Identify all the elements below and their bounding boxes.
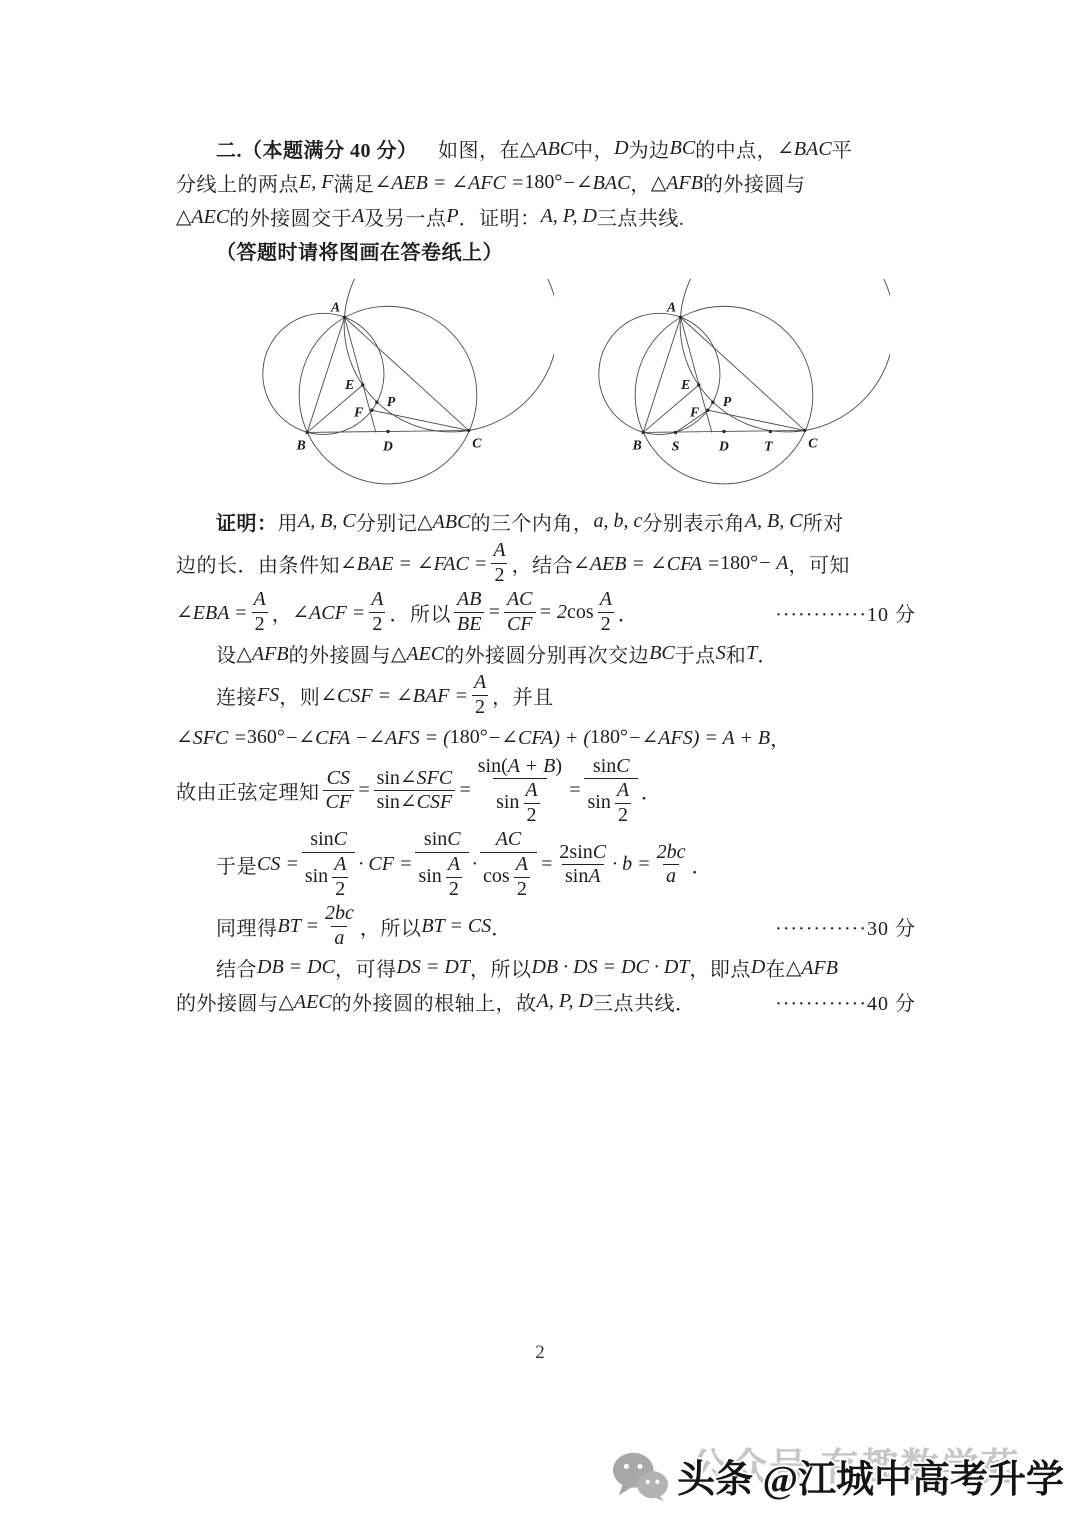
point-label-E: E: [680, 377, 690, 392]
score-marker: ············40 分: [775, 987, 916, 1016]
text-run: ．所以: [390, 598, 452, 627]
math-italic-run: 2bc: [657, 841, 686, 865]
fraction-numerator: 2bc: [654, 841, 689, 865]
fraction-denominator: 2: [524, 803, 540, 828]
line-content: 设 △AFB 的外接圆与 △AEC 的外接圆分别再次交边 BC 于点 S 和 T…: [176, 639, 778, 668]
math-italic-run: a: [334, 927, 344, 951]
text-run: 及另一点: [364, 202, 446, 231]
math-roman-run: sin: [496, 791, 519, 815]
fraction-denominator: sinA2: [415, 852, 469, 901]
text-run: ，则: [279, 681, 320, 710]
math-roman-run: 2: [527, 804, 537, 828]
math-italic-run: BE: [457, 613, 481, 637]
circumcircle: [599, 313, 720, 434]
math-italic-run: △AFB: [786, 955, 838, 980]
math-roman-run: 2: [449, 878, 459, 902]
fraction: ACCF: [504, 588, 536, 636]
page-content: 二.（本题满分 40 分） 如图，在 △ABC 中，D 为边 BC 的中点，∠B…: [176, 131, 916, 1019]
math-italic-run: S: [716, 642, 726, 665]
math-italic-run: CS: [327, 767, 350, 791]
math-italic-run: ∠SFC =: [176, 725, 247, 750]
math-roman-run: 2: [618, 804, 628, 828]
line-content: 故由正弦定理知 CSCF = sin∠SFCsin∠CSF = sin(A + …: [176, 755, 662, 828]
segment: [307, 317, 344, 432]
score-marker: ············30 分: [775, 912, 916, 941]
figures-row: ABCDEFP ABCDEFPST: [226, 279, 916, 491]
point-dot: [375, 400, 378, 403]
text-run: ，结合: [512, 549, 574, 578]
fraction: 2bca: [654, 841, 689, 889]
math-italic-run: = 2: [539, 601, 568, 624]
math-roman-run: 180°: [590, 726, 628, 749]
text-run: ，所以: [470, 953, 532, 982]
math-italic-run: a: [666, 865, 676, 889]
text-run: 的外接圆分别再次交边: [444, 639, 649, 668]
point-label-B: B: [632, 438, 642, 453]
line-content: 于是 CS = sin CsinA2 · CF = sin CsinA2 · A…: [176, 828, 712, 901]
math-italic-run: T: [746, 642, 757, 665]
text-run: 边的长．由条件知: [176, 549, 340, 578]
math-italic-run: A, B, C: [745, 510, 803, 533]
math-italic-run: BT = CS: [421, 915, 491, 938]
wechat-icon: [611, 1450, 669, 1502]
problem-statement: 二.（本题满分 40 分） 如图，在 △ABC 中，D 为边 BC 的中点，∠B…: [176, 132, 916, 267]
fraction-denominator: 2: [446, 877, 462, 902]
fraction-denominator: a: [663, 864, 679, 889]
text-run: 如图，在: [418, 134, 521, 163]
fraction-numerator: A: [251, 588, 269, 612]
fraction-denominator: sin∠CSF: [374, 790, 456, 815]
text-run: ，即点: [689, 953, 751, 982]
point-label-F: F: [353, 404, 363, 419]
math-italic-run: C: [593, 841, 606, 865]
proof-line: 连接 FS，则 ∠CSF = ∠BAF = A2，并且: [176, 671, 916, 719]
math-roman-run: 2: [517, 878, 527, 902]
text-run: 的外接圆的根轴上，故: [332, 987, 537, 1016]
watermark: 公众号 有趣数学苑 头条 @江城中高考升学: [611, 1448, 1064, 1503]
text-run: 于是: [216, 850, 257, 879]
math-italic-run: A: [493, 539, 505, 563]
point-label-F: F: [689, 404, 699, 419]
fraction-numerator: A: [471, 671, 489, 695]
text-run: ，: [630, 168, 651, 197]
math-italic-run: △AFB: [237, 641, 289, 666]
fraction-numerator: A: [445, 853, 463, 877]
fraction-denominator: 2: [514, 877, 530, 902]
fraction-numerator: A: [513, 853, 531, 877]
text-run: 中，: [573, 134, 614, 163]
point-dot: [803, 429, 806, 432]
score-marker: ············10 分: [775, 598, 916, 627]
point-label-C: C: [472, 436, 482, 451]
fraction-denominator: sinA2: [584, 778, 638, 827]
geometry-diagram-right: ABCDEFPST: [562, 279, 890, 491]
proof-text: 证明：用 A, B, C 分别记 △ABC 的三个内角，a, b, c 分别表示…: [176, 505, 916, 1018]
fraction-denominator: BE: [454, 612, 484, 637]
text-run: 同理得: [216, 912, 278, 941]
math-italic-run: ∠EBA =: [176, 600, 248, 625]
math-italic-run: ∠ACF =: [292, 600, 365, 625]
text-run: 分别表示角: [642, 507, 745, 536]
math-italic-run: D: [614, 137, 628, 160]
line-content: 的外接圆与 △AEC 的外接圆的根轴上，故 A, P, D 三点共线．: [176, 987, 695, 1016]
math-italic-run: AC: [496, 828, 522, 852]
fraction-denominator: sinA2: [493, 778, 547, 827]
text-run: 的外接圆与: [703, 168, 806, 197]
proof-line: ∠EBA = A2，∠ACF = A2．所以 ABBE = ACCF = 2co…: [176, 588, 916, 636]
math-italic-run: ∠BAC: [777, 136, 832, 161]
text-run: ，: [272, 598, 293, 627]
fraction-denominator: 2: [252, 612, 268, 637]
point-dot: [361, 383, 364, 386]
math-roman-run: sin: [310, 828, 333, 852]
fraction-numerator: A: [597, 588, 615, 612]
text-run: 连接: [216, 681, 257, 710]
fraction: A2: [471, 671, 489, 719]
point-dot: [697, 383, 700, 386]
point-dot: [706, 409, 709, 412]
math-roman-run: cos: [567, 601, 594, 624]
proof-line: 的外接圆与 △AEC 的外接圆的根轴上，故 A, P, D 三点共线．·····…: [176, 985, 916, 1018]
point-dot: [386, 430, 389, 433]
bold-text-run: 二.（本题满分 40 分）: [216, 134, 418, 163]
math-italic-run: · CF =: [358, 853, 412, 876]
math-italic-run: △ABC: [417, 509, 470, 534]
proof-line: 于是 CS = sin CsinA2 · CF = sin CsinA2 · A…: [176, 828, 916, 901]
line-content: （答题时请将图画在答卷纸上）: [176, 236, 503, 265]
point-dot: [679, 316, 682, 319]
math-roman-run: sin: [305, 865, 328, 889]
fraction: ACcosA2: [480, 828, 537, 901]
math-roman-run: 2: [372, 613, 382, 637]
fraction: sin CsinA2: [415, 828, 469, 901]
text-run: ．: [692, 850, 713, 879]
fraction: sin∠SFCsin∠CSF: [374, 767, 456, 815]
math-italic-run: −∠BAC: [562, 170, 630, 195]
point-label-B: B: [296, 438, 306, 453]
math-italic-run: CF: [507, 613, 533, 637]
proof-line: 证明：用 A, B, C 分别记 △ABC 的三个内角，a, b, c 分别表示…: [176, 505, 916, 538]
text-run: 三点共线．: [593, 987, 696, 1016]
math-italic-run: A: [254, 588, 266, 612]
bold-text-run: （答题时请将图画在答卷纸上）: [216, 236, 503, 265]
math-italic-run: A: [600, 588, 612, 612]
text-run: ．: [757, 639, 778, 668]
math-roman-run: sin: [565, 865, 588, 889]
point-label-S: S: [672, 439, 680, 454]
point-dot: [711, 400, 714, 403]
fraction-denominator: cosA2: [480, 852, 537, 901]
math-roman-run: 180°: [720, 552, 758, 575]
math-italic-run: A, P, D: [541, 205, 597, 228]
math-roman-run: 2: [255, 613, 265, 637]
math-italic-run: C: [334, 828, 347, 852]
math-roman-run: 180°: [450, 726, 488, 749]
problem-line: 分线上的两点 E, F 满足 ∠AEB = ∠AFC = 180°−∠BAC， …: [176, 166, 916, 199]
math-italic-run: DS = DT: [396, 956, 470, 979]
text-run: 的三个内角，: [470, 507, 593, 536]
math-italic-run: A: [448, 853, 460, 877]
fraction-denominator: CF: [504, 612, 536, 637]
math-roman-run: 2: [494, 564, 504, 588]
fraction-numerator: sin∠SFC: [374, 767, 456, 791]
point-label-E: E: [344, 377, 354, 392]
math-italic-run: −∠AFS) = A + B: [628, 725, 770, 750]
point-label-A: A: [666, 299, 676, 314]
math-italic-run: =: [568, 779, 582, 802]
segment: [643, 317, 680, 432]
math-roman-run: cos: [483, 865, 510, 889]
fraction-numerator: AB: [454, 588, 484, 612]
math-roman-run: ): [555, 755, 562, 779]
text-run: 结合: [216, 953, 257, 982]
text-run: ，: [770, 723, 791, 752]
text-run: ．证明：: [459, 202, 541, 231]
math-roman-run: 2: [475, 696, 485, 720]
math-roman-run: sin: [593, 755, 616, 779]
math-italic-run: CS =: [257, 853, 299, 876]
line-content: 证明：用 A, B, C 分别记 △ABC 的三个内角，a, b, c 分别表示…: [176, 507, 844, 536]
line-content: 边的长．由条件知 ∠BAE = ∠FAC = A2，结合 ∠AEB = ∠CFA…: [176, 539, 850, 587]
math-italic-run: △ABC: [520, 136, 573, 161]
fraction-numerator: A: [614, 779, 632, 803]
math-italic-run: △AFB: [651, 170, 703, 195]
text-run: ，可得: [335, 953, 397, 982]
page-number: 2: [0, 1342, 1080, 1364]
math-italic-run: =: [540, 853, 554, 876]
fraction: A2: [251, 588, 269, 636]
line-content: 二.（本题满分 40 分） 如图，在 △ABC 中，D 为边 BC 的中点，∠B…: [176, 134, 852, 163]
math-italic-run: A: [352, 205, 364, 228]
fraction: A2: [597, 588, 615, 636]
math-italic-run: −∠CFA) + (: [488, 725, 590, 750]
bold-text-run: 证明：: [216, 507, 278, 536]
text-run: 满足: [333, 168, 374, 197]
circumcircle: [344, 279, 554, 432]
fraction-numerator: 2bc: [322, 902, 357, 926]
fraction-denominator: a: [331, 926, 347, 951]
math-italic-run: ∠CSF: [400, 791, 452, 815]
fraction: A2: [331, 853, 349, 901]
math-italic-run: −∠CFA −∠AFS = (: [285, 725, 450, 750]
fraction-numerator: sin C: [307, 828, 350, 852]
point-label-T: T: [764, 439, 773, 454]
proof-line: 边的长．由条件知 ∠BAE = ∠FAC = A2，结合 ∠AEB = ∠CFA…: [176, 539, 916, 587]
math-italic-run: C: [447, 828, 460, 852]
problem-line: 二.（本题满分 40 分） 如图，在 △ABC 中，D 为边 BC 的中点，∠B…: [176, 132, 916, 165]
math-italic-run: ∠AEB = ∠AFC =: [374, 170, 524, 195]
proof-line: 设 △AFB 的外接圆与 △AEC 的外接圆分别再次交边 BC 于点 S 和 T…: [176, 637, 916, 670]
math-italic-run: P: [446, 205, 458, 228]
math-italic-run: BT =: [278, 915, 319, 938]
text-run: 为边: [629, 134, 670, 163]
math-italic-run: AB: [457, 588, 481, 612]
line-content: 同理得 BT = 2bca，所以 BT = CS．: [176, 902, 512, 950]
math-italic-run: BC: [649, 642, 675, 665]
fraction: ABBE: [454, 588, 484, 636]
math-italic-run: BC: [670, 137, 696, 160]
math-italic-run: △AEC: [391, 641, 444, 666]
fraction: A2: [368, 588, 386, 636]
text-run: 的外接圆与: [289, 639, 392, 668]
fraction-denominator: 2: [491, 563, 507, 588]
text-run: 平: [832, 134, 853, 163]
point-dot: [769, 430, 772, 433]
text-run: 的外接圆与: [176, 987, 279, 1016]
math-italic-run: CF: [326, 791, 352, 815]
math-italic-run: A: [334, 853, 346, 877]
proof-line: 故由正弦定理知 CSCF = sin∠SFCsin∠CSF = sin(A + …: [176, 755, 916, 828]
math-italic-run: ∠SFC: [400, 767, 452, 791]
math-roman-run: sin(: [478, 755, 508, 779]
problem-line: （答题时请将图画在答卷纸上）: [176, 234, 916, 267]
line-content: 分线上的两点 E, F 满足 ∠AEB = ∠AFC = 180°−∠BAC， …: [176, 168, 805, 197]
proof-line: ∠SFC = 360°−∠CFA −∠AFS = (180°−∠CFA) + (…: [176, 721, 916, 754]
point-dot: [674, 431, 677, 434]
math-italic-run: =: [357, 779, 371, 802]
math-roman-run: sin: [424, 828, 447, 852]
math-roman-run: sin: [587, 791, 610, 815]
fraction-numerator: A: [331, 853, 349, 877]
text-run: 三点共线.: [597, 202, 685, 231]
point-dot: [306, 431, 309, 434]
line-content: ∠SFC = 360°−∠CFA −∠AFS = (180°−∠CFA) + (…: [176, 723, 791, 752]
math-italic-run: E, F: [299, 171, 333, 194]
fraction-numerator: sin(A + B): [475, 755, 565, 779]
math-roman-run: 180°: [524, 171, 562, 194]
point-label-D: D: [382, 439, 393, 454]
fraction-denominator: CF: [323, 790, 355, 815]
math-italic-run: △AEC: [279, 989, 332, 1014]
fraction-numerator: A: [522, 779, 540, 803]
point-label-P: P: [723, 394, 732, 409]
text-run: ，所以: [360, 912, 422, 941]
math-italic-run: · b =: [612, 853, 651, 876]
math-roman-run: sin: [418, 865, 441, 889]
point-label-D: D: [718, 439, 729, 454]
math-roman-run: 2: [335, 878, 345, 902]
text-run: 和: [726, 639, 747, 668]
fraction: sin CsinA2: [584, 755, 638, 828]
text-run: ．: [641, 776, 662, 805]
circumcircle: [680, 279, 890, 432]
fraction: sin CsinA2: [302, 828, 356, 901]
text-run: 于点: [675, 639, 716, 668]
text-run: 设: [216, 639, 237, 668]
fraction: A2: [513, 853, 531, 901]
text-run: 分别记: [356, 507, 418, 536]
fraction-numerator: A: [490, 539, 508, 563]
proof-line: 结合 DB = DC，可得 DS = DT，所以 DB · DS = DC · …: [176, 951, 916, 984]
scanned-math-solution-page: { "problem": { "lines": [ {"ind":1,"seg"…: [0, 0, 1080, 1527]
math-italic-run: A: [588, 865, 600, 889]
math-italic-run: D: [751, 956, 765, 979]
fraction-numerator: 2sin C: [556, 841, 609, 865]
math-roman-run: sin: [377, 767, 400, 791]
proof-line: 同理得 BT = 2bca，所以 BT = CS．············30 …: [176, 902, 916, 950]
math-roman-run: sin: [377, 791, 400, 815]
text-run: 用: [278, 507, 299, 536]
fraction: 2bca: [322, 902, 357, 950]
math-italic-run: A: [516, 853, 528, 877]
math-italic-run: A, P, D: [537, 990, 593, 1013]
point-dot: [467, 429, 470, 432]
text-run: 在: [765, 953, 786, 982]
fraction-denominator: 2: [615, 803, 631, 828]
line-content: 结合 DB = DC，可得 DS = DT，所以 DB · DS = DC · …: [176, 953, 838, 982]
math-italic-run: A: [474, 671, 486, 695]
text-run: ．: [491, 912, 512, 941]
fraction-numerator: CS: [324, 767, 353, 791]
fraction-numerator: sin C: [590, 755, 633, 779]
math-italic-run: A: [525, 779, 537, 803]
point-label-P: P: [387, 394, 396, 409]
fraction: A2: [490, 539, 508, 587]
text-run: ，并且: [492, 681, 554, 710]
math-italic-run: DB = DC: [257, 956, 335, 979]
point-dot: [343, 316, 346, 319]
math-italic-run: ∠BAE = ∠FAC =: [340, 551, 487, 576]
point-dot: [722, 430, 725, 433]
math-italic-run: =: [487, 601, 501, 624]
math-italic-run: =: [458, 779, 472, 802]
fraction-denominator: 2: [332, 877, 348, 902]
text-run: ．: [618, 598, 639, 627]
text-run: 所对: [803, 507, 844, 536]
text-run: 故由正弦定理知: [176, 776, 320, 805]
fraction-numerator: AC: [493, 828, 525, 852]
fraction: A2: [614, 779, 632, 827]
point-label-C: C: [808, 436, 818, 451]
math-italic-run: A + B: [508, 755, 556, 779]
math-italic-run: A: [371, 588, 383, 612]
math-roman-run: 2: [601, 613, 611, 637]
line-content: 连接 FS，则 ∠CSF = ∠BAF = A2，并且: [176, 671, 554, 719]
math-italic-run: 2bc: [325, 902, 354, 926]
math-italic-run: C: [616, 755, 629, 779]
math-roman-run: 2sin: [559, 841, 592, 865]
watermark-main-text: 头条 @江城中高考升学: [677, 1448, 1064, 1503]
math-italic-run: ∠AEB = ∠CFA =: [573, 551, 720, 576]
math-italic-run: FS: [257, 684, 279, 707]
fraction-numerator: AC: [504, 588, 536, 612]
point-dot: [642, 431, 645, 434]
fraction-numerator: A: [368, 588, 386, 612]
fraction-numerator: sin C: [421, 828, 464, 852]
text-run: 的中点，: [695, 134, 777, 163]
line-content: ∠EBA = A2，∠ACF = A2．所以 ABBE = ACCF = 2co…: [176, 588, 638, 636]
fraction-denominator: sin A: [562, 864, 604, 889]
geometry-diagram-left: ABCDEFP: [226, 279, 554, 491]
math-roman-run: 360°: [247, 726, 285, 749]
math-italic-run: A: [617, 779, 629, 803]
math-italic-run: DB · DS = DC · DT: [531, 956, 689, 979]
text-run: 的外接圆交于: [229, 202, 352, 231]
line-content: △AEC 的外接圆交于 A 及另一点 P．证明： A, P, D 三点共线.: [176, 202, 684, 231]
text-run: ，可知: [788, 549, 850, 578]
text-run: 分线上的两点: [176, 168, 299, 197]
fraction: A2: [445, 853, 463, 901]
fraction-denominator: sinA2: [302, 852, 356, 901]
problem-line: △AEC 的外接圆交于 A 及另一点 P．证明： A, P, D 三点共线.: [176, 200, 916, 233]
math-italic-run: A, B, C: [298, 510, 356, 533]
fraction: sin(A + B)sinA2: [475, 755, 565, 828]
fraction: CSCF: [323, 767, 355, 815]
math-italic-run: AC: [507, 588, 533, 612]
fraction-denominator: 2: [369, 612, 385, 637]
point-label-A: A: [330, 299, 340, 314]
fraction-denominator: 2: [598, 612, 614, 637]
